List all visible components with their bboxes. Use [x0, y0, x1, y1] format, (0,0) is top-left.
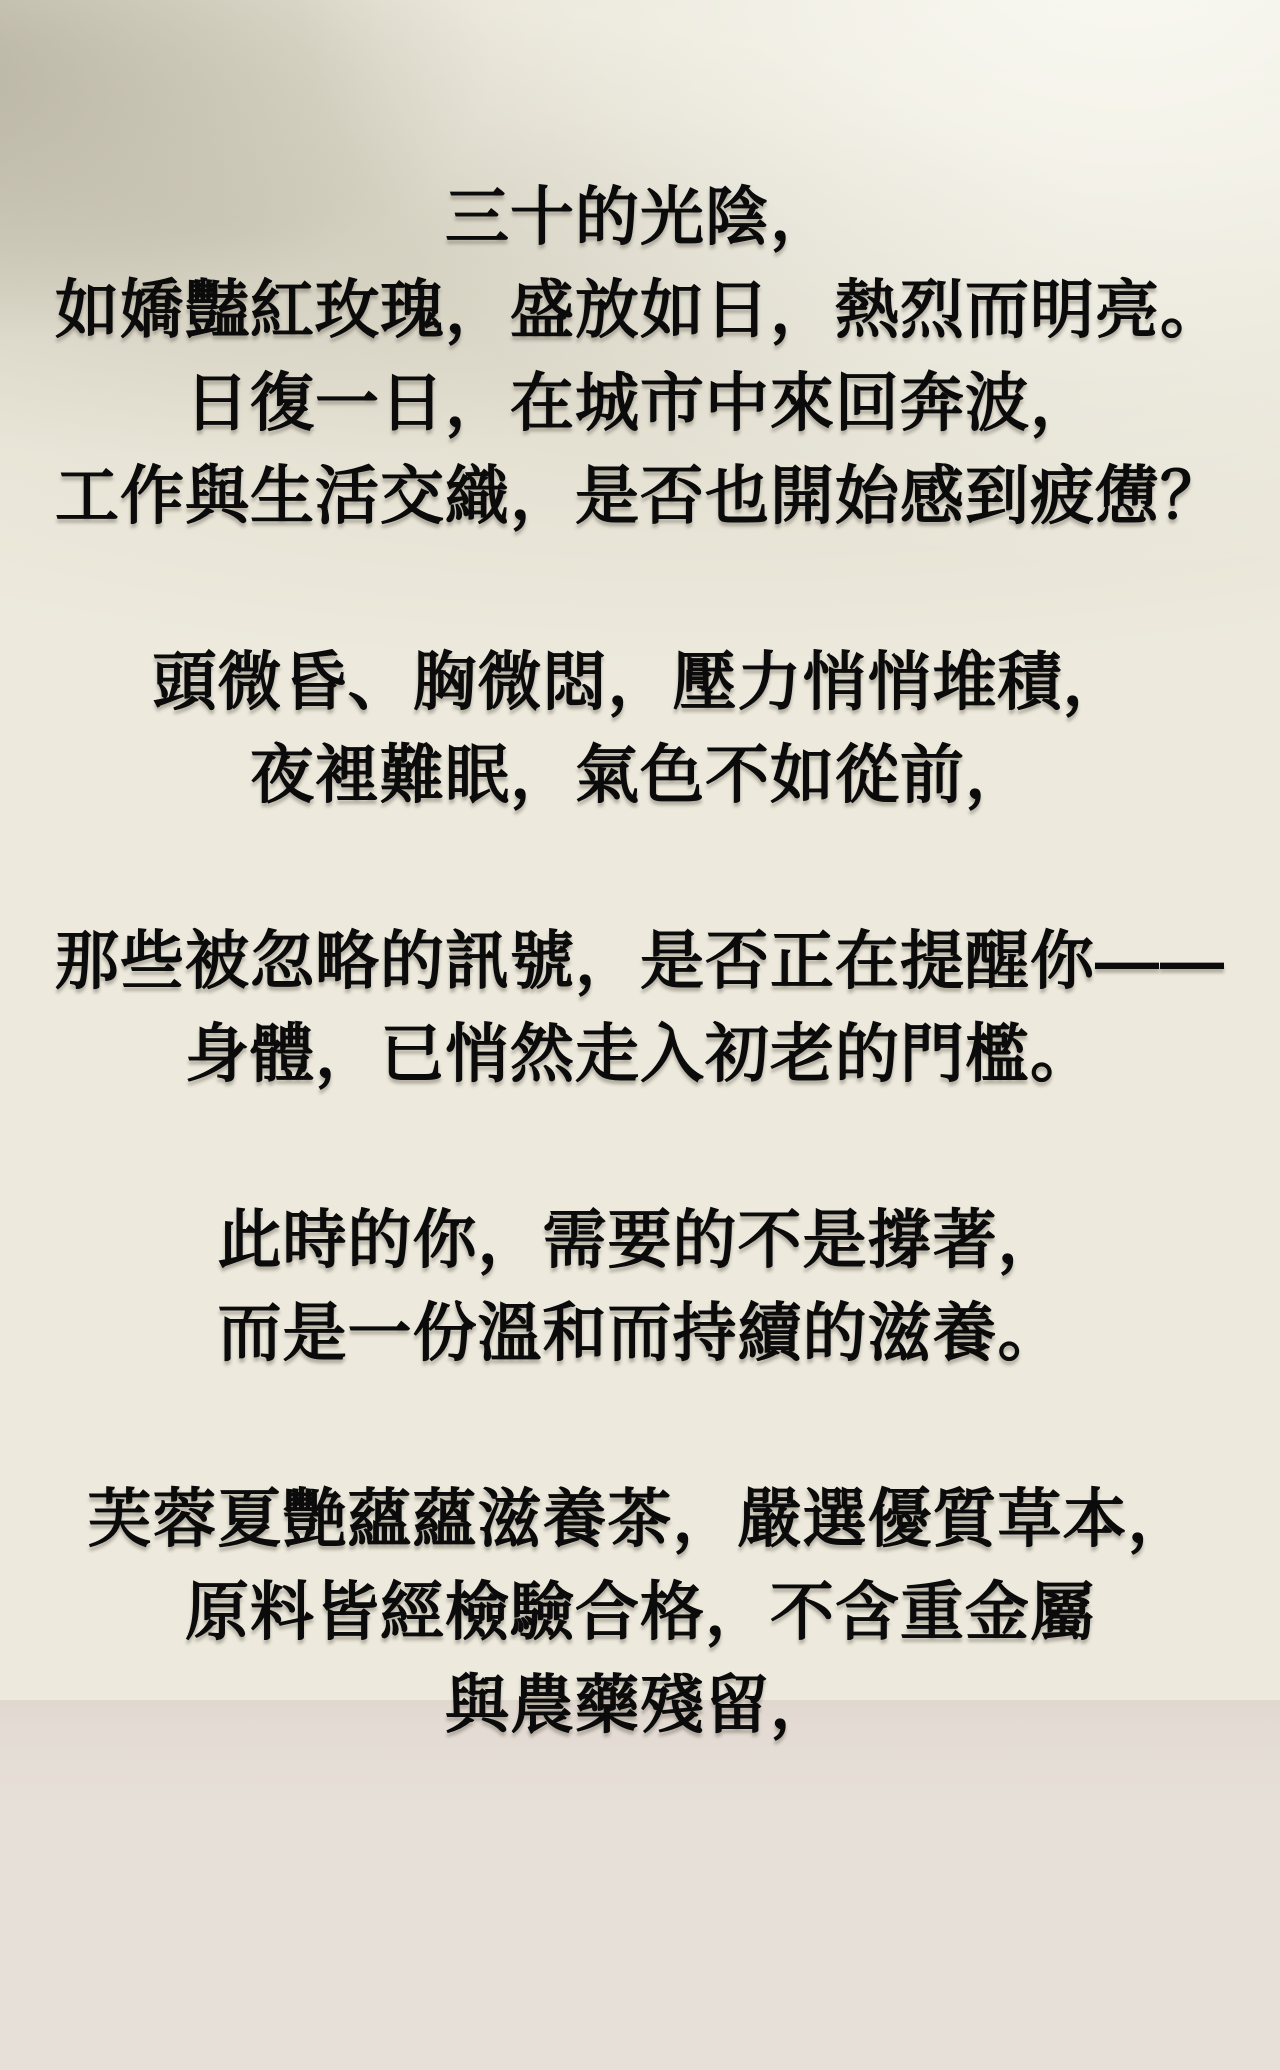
text-line: 此時的你，需要的不是撐著， [0, 1194, 1280, 1287]
text-line: 那些被忽略的訊號，是否正在提醒你—— [0, 915, 1280, 1008]
stanza-intro: 三十的光陰， 如嬌豔紅玫瑰，盛放如日，熱烈而明亮。 日復一日，在城市中來回奔波，… [0, 171, 1280, 543]
text-line: 夜裡難眠，氣色不如從前， [0, 729, 1280, 822]
text-line: 日復一日，在城市中來回奔波， [0, 357, 1280, 450]
stanza-warning: 那些被忽略的訊號，是否正在提醒你—— 身體，已悄然走入初老的門檻。 [0, 915, 1280, 1101]
text-line: 如嬌豔紅玫瑰，盛放如日，熱烈而明亮。 [0, 264, 1280, 357]
text-line: 芙蓉夏艷蘊蘊滋養茶，嚴選優質草本， [0, 1473, 1280, 1566]
text-line: 頭微昏、胸微悶，壓力悄悄堆積， [0, 636, 1280, 729]
ad-copy-text-block: 三十的光陰， 如嬌豔紅玫瑰，盛放如日，熱烈而明亮。 日復一日，在城市中來回奔波，… [0, 171, 1280, 1752]
stanza-need: 此時的你，需要的不是撐著， 而是一份溫和而持續的滋養。 [0, 1194, 1280, 1380]
stanza-symptoms: 頭微昏、胸微悶，壓力悄悄堆積， 夜裡難眠，氣色不如從前， [0, 636, 1280, 822]
lower-background-band [0, 1700, 1280, 2070]
text-line: 原料皆經檢驗合格，不含重金屬 [0, 1566, 1280, 1659]
text-line: 與農藥殘留， [0, 1659, 1280, 1752]
text-line: 三十的光陰， [0, 171, 1280, 264]
stanza-product: 芙蓉夏艷蘊蘊滋養茶，嚴選優質草本， 原料皆經檢驗合格，不含重金屬 與農藥殘留， [0, 1473, 1280, 1752]
page-background: 三十的光陰， 如嬌豔紅玫瑰，盛放如日，熱烈而明亮。 日復一日，在城市中來回奔波，… [0, 0, 1280, 2070]
text-line: 工作與生活交織，是否也開始感到疲憊？ [0, 450, 1280, 543]
text-line: 身體，已悄然走入初老的門檻。 [0, 1008, 1280, 1101]
text-line: 而是一份溫和而持續的滋養。 [0, 1287, 1280, 1380]
